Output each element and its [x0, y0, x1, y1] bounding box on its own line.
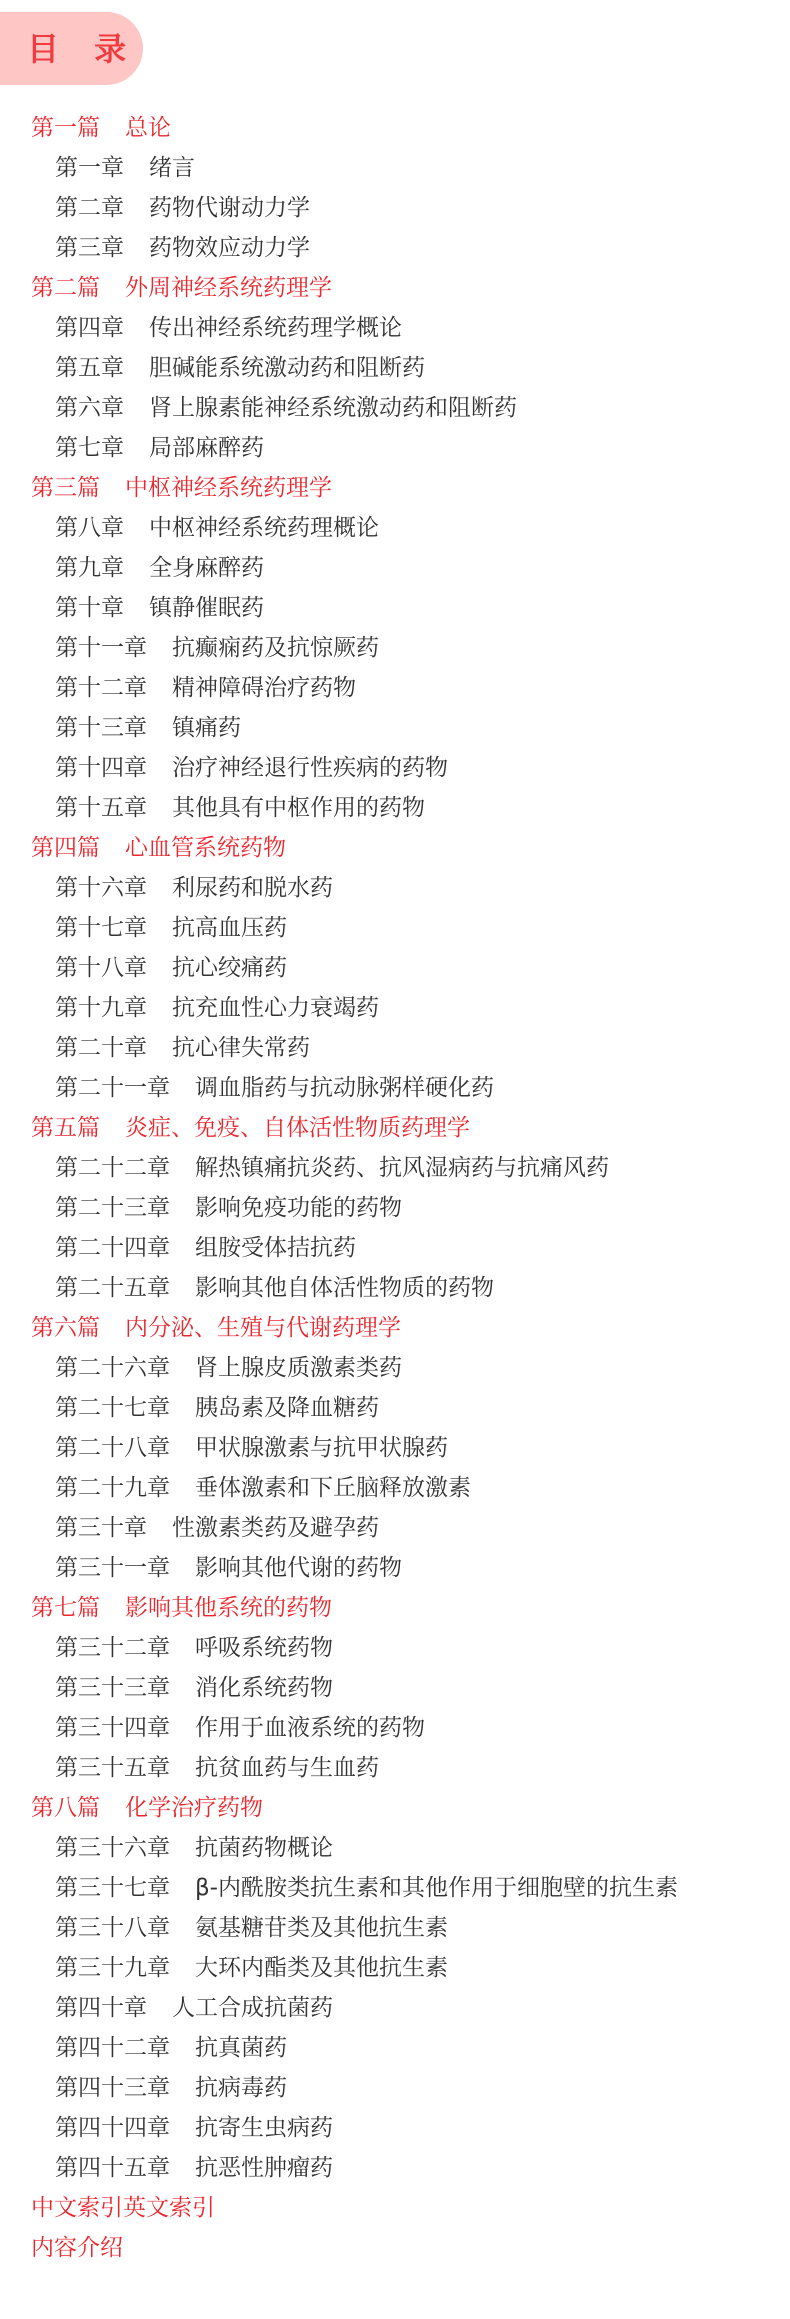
toc-number: 第三章	[55, 228, 124, 268]
toc-chapter-link[interactable]: 第七章局部麻醉药	[0, 428, 790, 468]
toc-number: 第十五章	[55, 788, 147, 828]
toc-title: 大环内酯类及其他抗生素	[195, 1948, 448, 1988]
toc-title: 肾上腺皮质激素类药	[195, 1348, 402, 1388]
toc-title: 抗高血压药	[172, 908, 287, 948]
toc-chapter-link[interactable]: 第三十九章大环内酯类及其他抗生素	[0, 1948, 790, 1988]
toc-number: 第二十二章	[55, 1148, 170, 1188]
toc-number: 第四章	[55, 308, 124, 348]
toc-title: 内分泌、生殖与代谢药理学	[125, 1308, 401, 1348]
toc-title: 抗心律失常药	[172, 1028, 310, 1068]
toc-title: 全身麻醉药	[149, 548, 264, 588]
toc-title: 局部麻醉药	[149, 428, 264, 468]
toc-title: 镇痛药	[172, 708, 241, 748]
toc-number: 第二十五章	[55, 1268, 170, 1308]
toc-number: 第二十章	[55, 1028, 147, 1068]
toc-number: 第十二章	[55, 668, 147, 708]
toc-chapter-link[interactable]: 第一章绪言	[0, 148, 790, 188]
toc-chapter-link[interactable]: 第四十二章抗真菌药	[0, 2028, 790, 2068]
toc-number: 第三十三章	[55, 1668, 170, 1708]
toc-part-link[interactable]: 第八篇化学治疗药物	[0, 1788, 790, 1828]
toc-header-pill: 目 录	[0, 12, 143, 85]
toc-chapter-link[interactable]: 第二十六章肾上腺皮质激素类药	[0, 1348, 790, 1388]
toc-chapter-link[interactable]: 第三章药物效应动力学	[0, 228, 790, 268]
toc-number: 第八篇	[31, 1788, 100, 1828]
toc-title: 胆碱能系统激动药和阻断药	[149, 348, 425, 388]
toc-number: 第六章	[55, 388, 124, 428]
toc-number: 第二十六章	[55, 1348, 170, 1388]
toc-part-link[interactable]: 第三篇中枢神经系统药理学	[0, 468, 790, 508]
toc-chapter-link[interactable]: 第四十五章抗恶性肿瘤药	[0, 2148, 790, 2188]
toc-chapter-link[interactable]: 第十七章抗高血压药	[0, 908, 790, 948]
toc-number: 第二十四章	[55, 1228, 170, 1268]
toc-part-link[interactable]: 第七篇影响其他系统的药物	[0, 1588, 790, 1628]
toc-title: 镇静催眠药	[149, 588, 264, 628]
toc-number: 第十一章	[55, 628, 147, 668]
toc-number: 第三十七章	[55, 1868, 170, 1908]
toc-title: 呼吸系统药物	[195, 1628, 333, 1668]
toc-title: 外周神经系统药理学	[125, 268, 332, 308]
toc-part-link[interactable]: 第五篇炎症、免疫、自体活性物质药理学	[0, 1108, 790, 1148]
toc-chapter-link[interactable]: 第二十四章组胺受体拮抗药	[0, 1228, 790, 1268]
toc-number: 第二十八章	[55, 1428, 170, 1468]
toc-part-link[interactable]: 第六篇内分泌、生殖与代谢药理学	[0, 1308, 790, 1348]
toc-title: 胰岛素及降血糖药	[195, 1388, 379, 1428]
toc-number: 第三十五章	[55, 1748, 170, 1788]
toc-chapter-link[interactable]: 第二十七章胰岛素及降血糖药	[0, 1388, 790, 1428]
toc-number: 第十四章	[55, 748, 147, 788]
toc-number: 第七章	[55, 428, 124, 468]
toc-chapter-link[interactable]: 第五章胆碱能系统激动药和阻断药	[0, 348, 790, 388]
toc-title: 作用于血液系统的药物	[195, 1708, 425, 1748]
toc-title: 抗真菌药	[195, 2028, 287, 2068]
toc-chapter-link[interactable]: 第三十一章影响其他代谢的药物	[0, 1548, 790, 1588]
toc-chapter-link[interactable]: 第三十四章作用于血液系统的药物	[0, 1708, 790, 1748]
toc-title: 甲状腺激素与抗甲状腺药	[195, 1428, 448, 1468]
toc-title: 抗寄生虫病药	[195, 2108, 333, 2148]
toc-number: 第二十一章	[55, 1068, 170, 1108]
toc-number: 第三十四章	[55, 1708, 170, 1748]
toc-index-link[interactable]: 中文索引英文索引	[0, 2188, 790, 2228]
toc-chapter-link[interactable]: 第二章药物代谢动力学	[0, 188, 790, 228]
toc-chapter-link[interactable]: 第四章传出神经系统药理学概论	[0, 308, 790, 348]
toc-chapter-link[interactable]: 第九章全身麻醉药	[0, 548, 790, 588]
toc-title: 心血管系统药物	[125, 828, 286, 868]
toc-number: 第四十三章	[55, 2068, 170, 2108]
toc-title: 组胺受体拮抗药	[195, 1228, 356, 1268]
page-title: 目 录	[27, 33, 138, 65]
toc-number: 第五章	[55, 348, 124, 388]
toc-number: 第十三章	[55, 708, 147, 748]
toc-number: 第三十二章	[55, 1628, 170, 1668]
toc-title: 影响其他代谢的药物	[195, 1548, 402, 1588]
toc-title: 影响免疫功能的药物	[195, 1188, 402, 1228]
toc-chapter-link[interactable]: 第十四章治疗神经退行性疾病的药物	[0, 748, 790, 788]
toc-number: 第二十三章	[55, 1188, 170, 1228]
toc-title: 精神障碍治疗药物	[172, 668, 356, 708]
toc-title: 治疗神经退行性疾病的药物	[172, 748, 448, 788]
toc-chapter-link[interactable]: 第二十二章解热镇痛抗炎药、抗风湿病药与抗痛风药	[0, 1148, 790, 1188]
toc-number: 第十八章	[55, 948, 147, 988]
toc-title: 抗病毒药	[195, 2068, 287, 2108]
toc-chapter-link[interactable]: 第六章肾上腺素能神经系统激动药和阻断药	[0, 388, 790, 428]
toc-title: 抗菌药物概论	[195, 1828, 333, 1868]
toc-number: 第三十章	[55, 1508, 147, 1548]
toc-title: 性激素类药及避孕药	[172, 1508, 379, 1548]
toc-number: 第三篇	[31, 468, 100, 508]
toc-chapter-link[interactable]: 第四十章人工合成抗菌药	[0, 1988, 790, 2028]
toc-title: 中枢神经系统药理概论	[149, 508, 379, 548]
toc-title: 中文索引英文索引	[31, 2188, 215, 2228]
toc-number: 第二十九章	[55, 1468, 170, 1508]
toc-title: 利尿药和脱水药	[172, 868, 333, 908]
toc-title: 绪言	[149, 148, 195, 188]
toc-title: 药物代谢动力学	[149, 188, 310, 228]
toc-number: 第九章	[55, 548, 124, 588]
toc-number: 第十章	[55, 588, 124, 628]
toc-title: 抗癫痫药及抗惊厥药	[172, 628, 379, 668]
toc-chapter-link[interactable]: 第二十九章垂体激素和下丘脑释放激素	[0, 1468, 790, 1508]
toc-chapter-link[interactable]: 第三十二章呼吸系统药物	[0, 1628, 790, 1668]
toc-chapter-link[interactable]: 第二十一章调血脂药与抗动脉粥样硬化药	[0, 1068, 790, 1108]
toc-number: 第十六章	[55, 868, 147, 908]
toc-title: 总论	[125, 108, 171, 148]
toc-title: 影响其他系统的药物	[125, 1588, 332, 1628]
toc-title: 中枢神经系统药理学	[125, 468, 332, 508]
toc-part-link[interactable]: 第一篇总论	[0, 108, 790, 148]
toc-title: 垂体激素和下丘脑释放激素	[195, 1468, 471, 1508]
toc-chapter-link[interactable]: 第四十四章抗寄生虫病药	[0, 2108, 790, 2148]
toc-title: 炎症、免疫、自体活性物质药理学	[125, 1108, 470, 1148]
toc-number: 第三十六章	[55, 1828, 170, 1868]
toc-chapter-link[interactable]: 第十章镇静催眠药	[0, 588, 790, 628]
toc-number: 第四十四章	[55, 2108, 170, 2148]
toc-chapter-link[interactable]: 第十六章利尿药和脱水药	[0, 868, 790, 908]
toc-title: 抗心绞痛药	[172, 948, 287, 988]
toc-title: 肾上腺素能神经系统激动药和阻断药	[149, 388, 517, 428]
toc-number: 第四十二章	[55, 2028, 170, 2068]
toc-chapter-link[interactable]: 第三十三章消化系统药物	[0, 1668, 790, 1708]
toc-chapter-link[interactable]: 第十一章抗癫痫药及抗惊厥药	[0, 628, 790, 668]
toc-number: 第一章	[55, 148, 124, 188]
toc-number: 第二篇	[31, 268, 100, 308]
toc-chapter-link[interactable]: 第四十三章抗病毒药	[0, 2068, 790, 2108]
toc-chapter-link[interactable]: 第十九章抗充血性心力衰竭药	[0, 988, 790, 1028]
toc-title: 调血脂药与抗动脉粥样硬化药	[195, 1068, 494, 1108]
toc-chapter-link[interactable]: 第八章中枢神经系统药理概论	[0, 508, 790, 548]
toc-number: 第五篇	[31, 1108, 100, 1148]
toc-title: 氨基糖苷类及其他抗生素	[195, 1908, 448, 1948]
toc-number: 第三十一章	[55, 1548, 170, 1588]
toc-part-link[interactable]: 第四篇心血管系统药物	[0, 828, 790, 868]
toc-number: 第四篇	[31, 828, 100, 868]
toc-number: 第十七章	[55, 908, 147, 948]
toc-chapter-link[interactable]: 第十二章精神障碍治疗药物	[0, 668, 790, 708]
table-of-contents: 第一篇总论 第一章绪言 第二章药物代谢动力学 第三章药物效应动力学 第二篇外周神…	[0, 108, 790, 2268]
toc-chapter-link[interactable]: 第二十五章影响其他自体活性物质的药物	[0, 1268, 790, 1308]
toc-number: 第四十章	[55, 1988, 147, 2028]
toc-number: 第二十七章	[55, 1388, 170, 1428]
toc-title: 人工合成抗菌药	[172, 1988, 333, 2028]
toc-title: 药物效应动力学	[149, 228, 310, 268]
toc-title: β-内酰胺类抗生素和其他作用于细胞壁的抗生素	[195, 1868, 678, 1908]
toc-number: 第八章	[55, 508, 124, 548]
toc-chapter-link[interactable]: 第二十八章甲状腺激素与抗甲状腺药	[0, 1428, 790, 1468]
toc-number: 第四十五章	[55, 2148, 170, 2188]
toc-intro-link[interactable]: 内容介绍	[0, 2228, 790, 2268]
toc-title: 抗充血性心力衰竭药	[172, 988, 379, 1028]
toc-chapter-link[interactable]: 第十八章抗心绞痛药	[0, 948, 790, 988]
toc-title: 内容介绍	[31, 2228, 123, 2268]
toc-number: 第一篇	[31, 108, 100, 148]
toc-chapter-link[interactable]: 第二十章抗心律失常药	[0, 1028, 790, 1068]
toc-chapter-link[interactable]: 第三十七章β-内酰胺类抗生素和其他作用于细胞壁的抗生素	[0, 1868, 790, 1908]
toc-number: 第二章	[55, 188, 124, 228]
toc-number: 第三十九章	[55, 1948, 170, 1988]
toc-chapter-link[interactable]: 第三十章性激素类药及避孕药	[0, 1508, 790, 1548]
toc-chapter-link[interactable]: 第三十六章抗菌药物概论	[0, 1828, 790, 1868]
toc-number: 第六篇	[31, 1308, 100, 1348]
toc-title: 化学治疗药物	[125, 1788, 263, 1828]
toc-title: 解热镇痛抗炎药、抗风湿病药与抗痛风药	[195, 1148, 609, 1188]
toc-title: 影响其他自体活性物质的药物	[195, 1268, 494, 1308]
toc-number: 第七篇	[31, 1588, 100, 1628]
toc-title: 其他具有中枢作用的药物	[172, 788, 425, 828]
toc-title: 消化系统药物	[195, 1668, 333, 1708]
toc-number: 第十九章	[55, 988, 147, 1028]
toc-title: 传出神经系统药理学概论	[149, 308, 402, 348]
toc-chapter-link[interactable]: 第十五章其他具有中枢作用的药物	[0, 788, 790, 828]
toc-part-link[interactable]: 第二篇外周神经系统药理学	[0, 268, 790, 308]
toc-chapter-link[interactable]: 第十三章镇痛药	[0, 708, 790, 748]
toc-number: 第三十八章	[55, 1908, 170, 1948]
toc-chapter-link[interactable]: 第三十八章氨基糖苷类及其他抗生素	[0, 1908, 790, 1948]
toc-chapter-link[interactable]: 第二十三章影响免疫功能的药物	[0, 1188, 790, 1228]
toc-title: 抗恶性肿瘤药	[195, 2148, 333, 2188]
toc-chapter-link[interactable]: 第三十五章抗贫血药与生血药	[0, 1748, 790, 1788]
toc-title: 抗贫血药与生血药	[195, 1748, 379, 1788]
